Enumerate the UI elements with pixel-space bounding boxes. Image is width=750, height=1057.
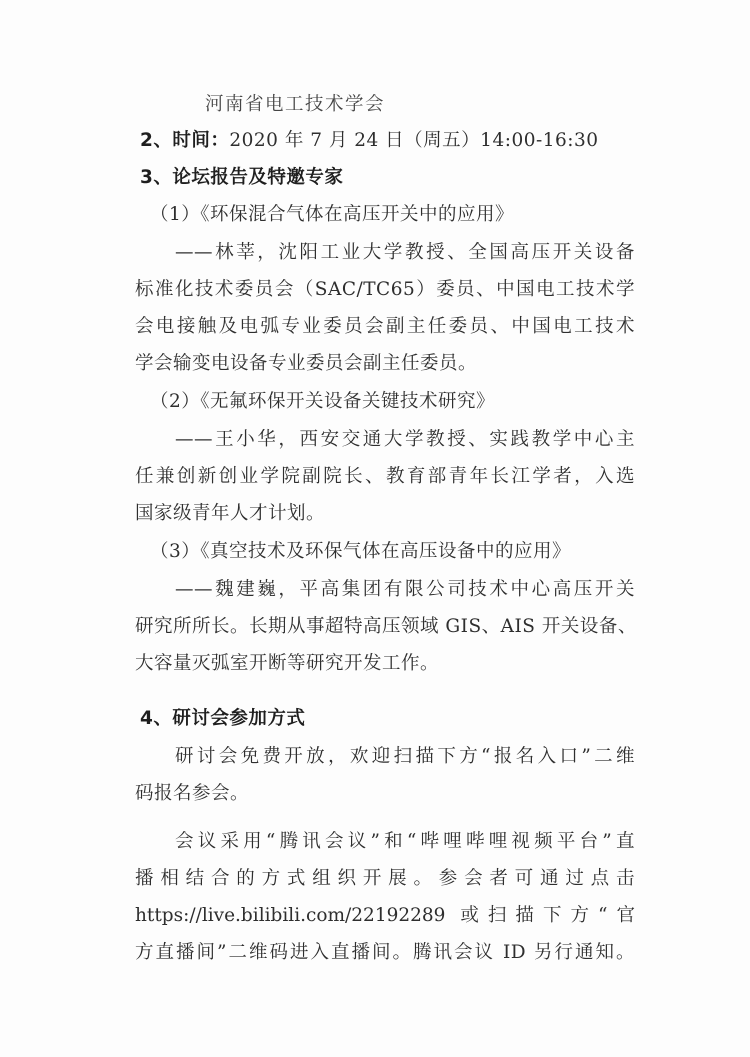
section-4-paragraph-2-line: 方直播间”二维码进入直播间。腾讯会议 ID 另行通知。 [135, 941, 635, 965]
talk-1-speaker-line: ——林莘，沈阳工业大学教授、全国高压开关设备 [175, 241, 635, 265]
section-4-paragraph-2-link-line: https://live.bilibili.com/22192289 或扫描下方… [135, 904, 635, 928]
talk-2-title: （2）《无氟环保开关设备关键技术研究》 [150, 390, 635, 414]
talk-3-speaker-line: 大容量灭弧室开断等研究开发工作。 [135, 652, 635, 676]
section-3-heading: 3、论坛报告及特邀专家 [140, 166, 640, 190]
talk-1-speaker-line: 学会输变电设备专业委员会副主任委员。 [135, 352, 635, 376]
section-4-paragraph-1-line: 码报名参会。 [135, 782, 635, 806]
section-4-paragraph-1-line: 研讨会免费开放，欢迎扫描下方“报名入口”二维 [175, 745, 635, 769]
document-page: 河南省电工技术学会 2、时间：2020 年 7 月 24 日（周五）14:00-… [0, 0, 750, 1057]
talk-1-speaker-line: 会电接触及电弧专业委员会副主任委员、中国电工技术 [135, 315, 635, 339]
talk-2-speaker-line: 国家级青年人才计划。 [135, 502, 635, 526]
section-2-heading: 2、时间： [140, 130, 229, 151]
talk-1-title: （1）《环保混合气体在高压开关中的应用》 [150, 203, 635, 227]
organizer-line: 河南省电工技术学会 [205, 93, 705, 117]
section-4-paragraph-2-line: 播相结合的方式组织开展。参会者可通过点击 [135, 867, 635, 891]
talk-1-speaker-line: 标准化技术委员会（SAC/TC65）委员、中国电工技术学 [135, 278, 635, 302]
section-4-paragraph-2-line: 会议采用“腾讯会议”和“哔哩哔哩视频平台”直 [175, 830, 635, 854]
talk-3-speaker-line: 研究所所长。长期从事超特高压领域 GIS、AIS 开关设备、 [135, 615, 635, 639]
talk-3-title: （3）《真空技术及环保气体在高压设备中的应用》 [150, 540, 635, 564]
talk-2-speaker-line: ——王小华，西安交通大学教授、实践教学中心主 [175, 428, 635, 452]
talk-2-speaker-line: 任兼创新创业学院副院长、教育部青年长江学者，入选 [135, 465, 635, 489]
section-2-value: 2020 年 7 月 24 日（周五）14:00-16:30 [229, 130, 598, 151]
section-4-heading: 4、研讨会参加方式 [140, 707, 640, 731]
section-2-time: 2、时间：2020 年 7 月 24 日（周五）14:00-16:30 [140, 129, 640, 153]
talk-3-speaker-line: ——魏建巍，平高集团有限公司技术中心高压开关 [175, 578, 635, 602]
